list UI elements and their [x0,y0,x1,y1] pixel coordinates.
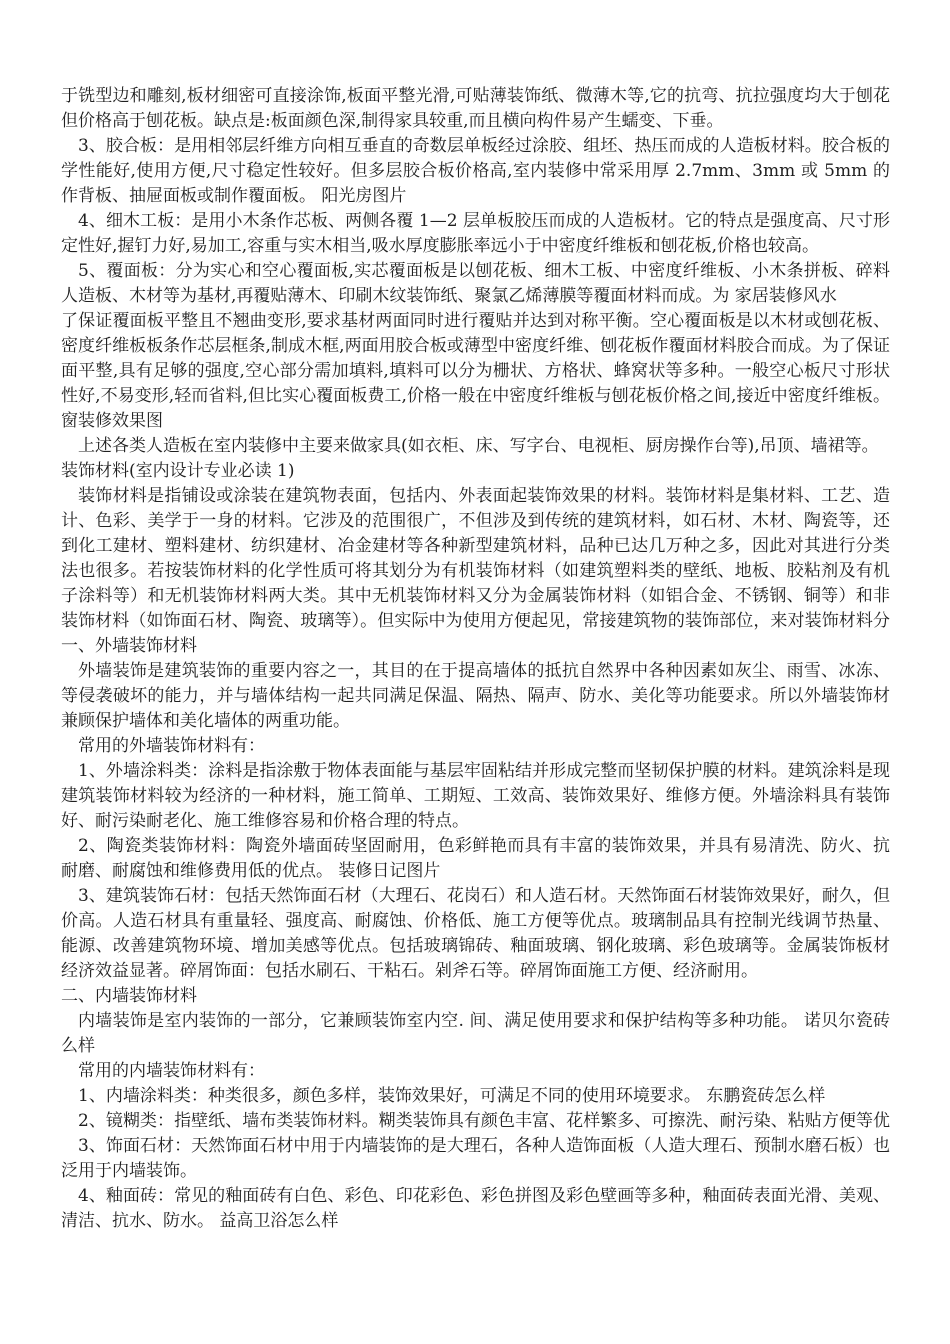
text-line: 5、覆面板：分为实心和空心覆面板,实芯覆面板是以刨花板、细木工板、中密度纤维板、… [61,259,890,284]
text-line: 面平整,具有足够的强度,空心部分需加填料,填料可以分为栅状、方格状、蜂窝状等多种… [61,359,890,384]
text-line: 性好,不易变形,轻而省料,但比实心覆面板费工,价格一般在中密度纤维板与刨花板价格… [61,384,890,409]
text-line: 1、内墙涂料类：种类很多，颜色多样，装饰效果好，可满足不同的使用环境要求。 东鹏… [61,1084,890,1109]
text-line: 了保证覆面板平整且不翘曲变形,要求基材两面同时进行覆贴并达到对称平衡。空心覆面板… [61,309,890,334]
document-page: 于铣型边和雕刻,板材细密可直接涂饰,板面平整光滑,可贴薄装饰纸、微薄木等,它的抗… [0,0,950,1344]
text-line: 到化工建材、塑料建材、纺织建材、冶金建材等各种新型建筑材料，品种已达几万种之多，… [61,534,890,559]
text-line: 密度纤维板板条作芯层框条,制成木框,两面用胶合板或薄型中密度纤维、刨花板作覆面材… [61,334,890,359]
text-line: 2、镜糊类：指壁纸、墙布类装饰材料。糊类装饰具有颜色丰富、花样繁多、可擦洗、耐污… [61,1109,890,1134]
text-line: 好、耐污染耐老化、施工维修容易和价格合理的特点。 [61,809,890,834]
text-line: 一、外墙装饰材料 [61,634,890,659]
text-line: 常用的外墙装饰材料有： [61,734,890,759]
text-line: 耐磨、耐腐蚀和维修费用低的优点。 装修日记图片 [61,859,890,884]
text-line: 么样 [61,1034,890,1059]
text-line: 3、饰面石材：天然饰面石材中用于内墙装饰的是大理石，各种人造饰面板（人造大理石、… [61,1134,890,1159]
text-line: 泛用于内墙装饰。 [61,1159,890,1184]
text-line: 计、色彩、美学于一身的材料。它涉及的范围很广，不但涉及到传统的建筑材料，如石材、… [61,509,890,534]
text-line: 外墙装饰是建筑装饰的重要内容之一，其目的在于提高墙体的抵抗自然界中各种因素如灰尘… [61,659,890,684]
text-line: 3、胶合板：是用相邻层纤维方向相互垂直的奇数层单板经过涂胶、组坯、热压而成的人造… [61,134,890,159]
text-line: 建筑装饰材料较为经济的一种材料，施工简单、工期短、工效高、装饰效果好、维修方便。… [61,784,890,809]
text-line: 装饰材料(室内设计专业必读 1) [61,459,890,484]
text-line: 4、釉面砖：常见的釉面砖有白色、彩色、印花彩色、彩色拼图及彩色壁画等多种，釉面砖… [61,1184,890,1209]
text-line: 内墙装饰是室内装饰的一部分，它兼顾装饰室内空. 间、满足使用要求和保护结构等多种… [61,1009,890,1034]
text-line: 3、建筑装饰石材：包括天然饰面石材（大理石、花岗石）和人造石材。天然饰面石材装饰… [61,884,890,909]
text-line: 学性能好,使用方便,尺寸稳定性较好。但多层胶合板价格高,室内装修中常采用厚 2.… [61,159,890,184]
text-line: 于铣型边和雕刻,板材细密可直接涂饰,板面平整光滑,可贴薄装饰纸、微薄木等,它的抗… [61,84,890,109]
text-line: 清洁、抗水、防水。 益高卫浴怎么样 [61,1209,890,1234]
text-line: 价高。人造石材具有重量轻、强度高、耐腐蚀、价格低、施工方便等优点。玻璃制品具有控… [61,909,890,934]
text-line: 2、陶瓷类装饰材料：陶瓷外墙面砖坚固耐用，色彩鲜艳而具有丰富的装饰效果，并具有易… [61,834,890,859]
text-line: 法也很多。若按装饰材料的化学性质可将其划分为有机装饰材料（如建筑塑料类的壁纸、地… [61,559,890,584]
text-line: 人造板、木材等为基材,再覆贴薄木、印刷木纹装饰纸、聚氯乙烯薄膜等覆面材料而成。为… [61,284,890,309]
text-line: 经济效益显著。碎屑饰面：包括水刷石、干粘石。剁斧石等。碎屑饰面施工方便、经济耐用… [61,959,890,984]
text-line: 装饰材料（如饰面石材、陶瓷、玻璃等）。但实际中为使用方便起见，常接建筑物的装饰部… [61,609,890,634]
document-body: 于铣型边和雕刻,板材细密可直接涂饰,板面平整光滑,可贴薄装饰纸、微薄木等,它的抗… [61,84,890,1234]
text-line: 装饰材料是指铺设或涂装在建筑物表面，包括内、外表面起装饰效果的材料。装饰材料是集… [61,484,890,509]
text-line: 4、细木工板：是用小木条作芯板、两侧各覆 1—2 层单板胶压而成的人造板材。它的… [61,209,890,234]
text-line: 上述各类人造板在室内装修中主要来做家具(如衣柜、床、写字台、电视柜、厨房操作台等… [61,434,890,459]
text-line: 二、内墙装饰材料 [61,984,890,1009]
text-line: 等侵袭破坏的能力，并与墙体结构一起共同满足保温、隔热、隔声、防水、美化等功能要求… [61,684,890,709]
text-line: 兼顾保护墙体和美化墙体的两重功能。 [61,709,890,734]
text-line: 定性好,握钉力好,易加工,容重与实木相当,吸水厚度膨胀率远小于中密度纤维板和刨花… [61,234,890,259]
text-line: 能源、改善建筑物环境、增加美感等优点。包括玻璃锦砖、釉面玻璃、钢化玻璃、彩色玻璃… [61,934,890,959]
text-line: 但价格高于刨花板。缺点是:板面颜色深,制得家具较重,而且横向构件易产生蠕变、下垂… [61,109,890,134]
text-line: 子涂料等）和无机装饰材料两大类。其中无机装饰材料又分为金属装饰材料（如铝合金、不… [61,584,890,609]
text-line: 窗装修效果图 [61,409,890,434]
text-line: 1、外墙涂料类：涂料是指涂敷于物体表面能与基层牢固粘结并形成完整而坚韧保护膜的材… [61,759,890,784]
text-line: 作背板、抽屉面板或制作覆面板。 阳光房图片 [61,184,890,209]
text-line: 常用的内墙装饰材料有： [61,1059,890,1084]
